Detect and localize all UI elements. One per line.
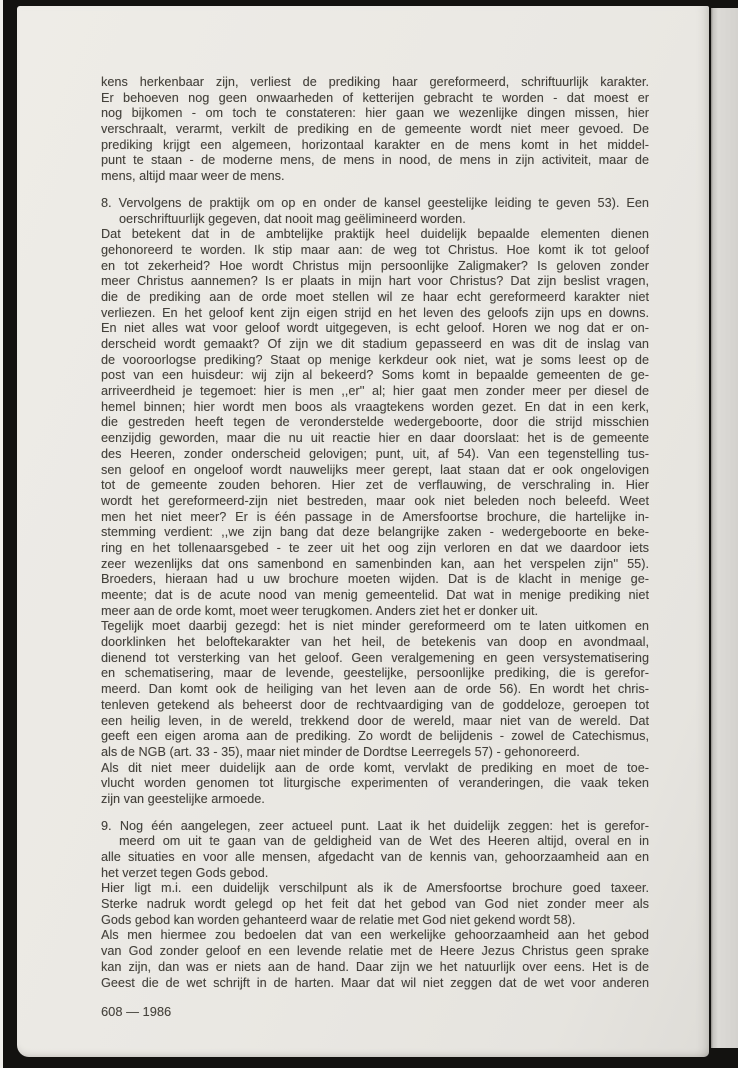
text-line: doorklinken het beloftekarakter van het … bbox=[101, 635, 649, 651]
text-line: punt te staan - de moderne mens, de mens… bbox=[101, 153, 649, 169]
text-line: nog bijkomen - om toch te constateren: h… bbox=[101, 106, 649, 122]
text-line: Geest die de wet schrijft in de harten. … bbox=[101, 976, 649, 992]
text-line: het verzet tegen Gods gebod. bbox=[101, 866, 649, 882]
text-line: Dat betekent dat in de ambtelijke prakti… bbox=[101, 227, 649, 243]
text-line: Tegelijk moet daarbij gezegd: het is nie… bbox=[101, 619, 649, 635]
paragraph-hier-ligt: Hier ligt m.i. een duidelijk verschilpun… bbox=[101, 881, 649, 928]
text-line: meer aan de orde komt, moet weer terugko… bbox=[101, 604, 649, 620]
text-line: dienend tot versterking van het geloof. … bbox=[101, 651, 649, 667]
text-line: prediking krijgt een algemeen, horizonta… bbox=[101, 138, 649, 154]
text-line: Er behoeven nog geen onwaarheden of kett… bbox=[101, 91, 649, 107]
text-line: tot de gemeente zouden behoren. Hier zet… bbox=[101, 478, 649, 494]
paragraph-als-men: Als men hiermee zou bedoelen dat van een… bbox=[101, 928, 649, 991]
page-footer: 608 — 1986 bbox=[101, 1004, 649, 1020]
text-line: derscheid wordt gemaakt? Of zijn we dit … bbox=[101, 337, 649, 353]
text-line: des Heeren, zonder onderscheid gelovigen… bbox=[101, 447, 649, 463]
text-line: eenzijdig geworden, maar die nu uit reac… bbox=[101, 431, 649, 447]
text-line: Als dit niet meer duidelijk aan de orde … bbox=[101, 761, 649, 777]
text-line: sen geloof en ongeloof wordt nauwelijks … bbox=[101, 463, 649, 479]
text-line: die de prediking aan de orde moet stelle… bbox=[101, 290, 649, 306]
page-number: 608 — 1986 bbox=[101, 1004, 171, 1019]
text-line: hemel binnen; hier wordt men boos als vr… bbox=[101, 400, 649, 416]
text-line: Als men hiermee zou bedoelen dat van een… bbox=[101, 928, 649, 944]
text-line: verliezen. En het geloof kent zijn eigen… bbox=[101, 306, 649, 322]
text-line: tenleven getekend als beheerst door de r… bbox=[101, 698, 649, 714]
text-line: zijn van geestelijke armoede. bbox=[101, 792, 649, 808]
scanned-page: kens herkenbaar zijn, verliest de predik… bbox=[17, 6, 709, 1057]
text-line: alle situaties en voor alle mensen, afge… bbox=[101, 850, 649, 866]
text-line: Sterke nadruk wordt gelegd op het feit d… bbox=[101, 897, 649, 913]
text-line: de vooroorlogse prediking? Staat op meni… bbox=[101, 353, 649, 369]
adjacent-page-edge bbox=[711, 8, 738, 1048]
text-line: geeft een eigen aroma aan de prediking. … bbox=[101, 729, 649, 745]
text-line: gehonoreerd te worden. Ik stip maar aan:… bbox=[101, 243, 649, 259]
text-line: wordt het gereformeerd-zijn niet bestred… bbox=[101, 494, 649, 510]
text-line: ring en het tollenaarsgebed - te zeer ui… bbox=[101, 541, 649, 557]
paragraph-continuation: kens herkenbaar zijn, verliest de predik… bbox=[101, 75, 649, 185]
text-line: Broeders, hieraan had u uw brochure moet… bbox=[101, 572, 649, 588]
text-line: een heilig leven, in de wereld, trekkend… bbox=[101, 714, 649, 730]
text-line: men het niet meer? Er is één passage in … bbox=[101, 510, 649, 526]
page-body-text: kens herkenbaar zijn, verliest de predik… bbox=[101, 75, 649, 991]
text-line: En niet alles wat voor geloof wordt uitg… bbox=[101, 321, 649, 337]
text-column: kens herkenbaar zijn, verliest de predik… bbox=[101, 75, 649, 1020]
text-line: en schematisering, maar de levende, gees… bbox=[101, 666, 649, 682]
paragraph-tegelijk: Tegelijk moet daarbij gezegd: het is nie… bbox=[101, 619, 649, 760]
text-line: meente; dat is de acute nood van menig g… bbox=[101, 588, 649, 604]
text-line: Gods gebod kan worden gehanteerd waar de… bbox=[101, 913, 649, 929]
text-line: die gestreden heeft tegen de veronderste… bbox=[101, 415, 649, 431]
text-line: als de NGB (art. 33 - 35), maar niet min… bbox=[101, 745, 649, 761]
text-line: meerd. Dan komt ook de heiliging van het… bbox=[101, 682, 649, 698]
text-line: kens herkenbaar zijn, verliest de predik… bbox=[101, 75, 649, 91]
scanner-edge-highlight bbox=[0, 0, 3, 1068]
text-line: 8. Vervolgens de praktijk om op en onder… bbox=[101, 196, 649, 212]
text-line: verschraalt, verarmt, verkilt de prediki… bbox=[101, 122, 649, 138]
text-line: zeer wezenlijks dat ons samenbond en sam… bbox=[101, 557, 649, 573]
text-line: arriveerdheid je tegemoet: hier is men ,… bbox=[101, 384, 649, 400]
numbered-item-9: 9. Nog één aangelegen, zeer actueel punt… bbox=[101, 819, 649, 882]
text-line: en tot zekerheid? Hoe wordt Christus mij… bbox=[101, 259, 649, 275]
text-line: 9. Nog één aangelegen, zeer actueel punt… bbox=[101, 819, 649, 835]
text-line: oerschriftuurlijk gegeven, dat nooit mag… bbox=[101, 212, 649, 228]
text-line: vlucht worden genomen tot liturgische ex… bbox=[101, 776, 649, 792]
text-line: kan zijn, dan was er niets aan de hand. … bbox=[101, 960, 649, 976]
paragraph-ambtelijke-praktijk: Dat betekent dat in de ambtelijke prakti… bbox=[101, 227, 649, 572]
text-line: mens, altijd maar weer de mens. bbox=[101, 169, 649, 185]
text-line: meerd om uit te gaan van de geldigheid v… bbox=[101, 834, 649, 850]
text-line: stemming verdient: ,,we zijn bang dat de… bbox=[101, 525, 649, 541]
numbered-item-8: 8. Vervolgens de praktijk om op en onder… bbox=[101, 196, 649, 227]
paragraph-als-dit: Als dit niet meer duidelijk aan de orde … bbox=[101, 761, 649, 808]
paragraph-broeders: Broeders, hieraan had u uw brochure moet… bbox=[101, 572, 649, 619]
text-line: Hier ligt m.i. een duidelijk verschilpun… bbox=[101, 881, 649, 897]
text-line: meer Christus aannemen? Is er plaats in … bbox=[101, 274, 649, 290]
text-line: post van een huisdeur: wij zijn al bekee… bbox=[101, 368, 649, 384]
text-line: van God zonder geloof en een levende rel… bbox=[101, 944, 649, 960]
